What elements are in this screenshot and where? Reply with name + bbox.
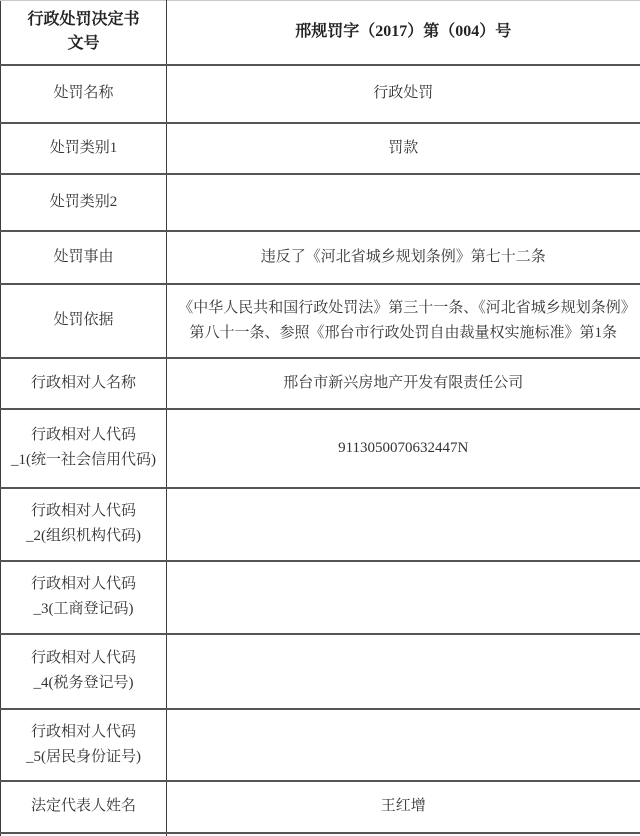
penalty-reason-label: 处罚事由 <box>1 231 167 284</box>
table-row-doc-number: 行政处罚决定书 文号 邢规罚字（2017）第（004）号 <box>1 1 640 65</box>
party-code-2-org-value <box>167 488 640 561</box>
table-row-party-code-3-business: 行政相对人代码 _3(工商登记码) <box>1 561 640 634</box>
table-row-party-name: 行政相对人名称 邢台市新兴房地产开发有限责任公司 <box>1 358 640 409</box>
party-code-3-business-label: 行政相对人代码 _3(工商登记码) <box>1 561 167 634</box>
table-row-party-code-4-tax: 行政相对人代码 _4(税务登记号) <box>1 634 640 709</box>
party-code-4-tax-value <box>167 634 640 709</box>
partial-row-value-cell <box>167 833 640 836</box>
penalty-basis-value: 《中华人民共和国行政处罚法》第三十一条、《河北省城乡规划条例》第八十一条、参照《… <box>167 284 640 358</box>
party-name-value: 邢台市新兴房地产开发有限责任公司 <box>167 358 640 409</box>
table-row-penalty-basis: 处罚依据 《中华人民共和国行政处罚法》第三十一条、《河北省城乡规划条例》第八十一… <box>1 284 640 358</box>
penalty-basis-label: 处罚依据 <box>1 284 167 358</box>
party-code-4-tax-label: 行政相对人代码 _4(税务登记号) <box>1 634 167 709</box>
penalty-type-2-value <box>167 174 640 231</box>
party-code-2-org-label: 行政相对人代码 _2(组织机构代码) <box>1 488 167 561</box>
doc-number-label: 行政处罚决定书 文号 <box>1 1 167 65</box>
party-name-label: 行政相对人名称 <box>1 358 167 409</box>
party-code-5-id-label: 行政相对人代码 _5(居民身份证号) <box>1 709 167 781</box>
table-row-partial-cutoff <box>1 833 640 836</box>
penalty-reason-value: 违反了《河北省城乡规划条例》第七十二条 <box>167 231 640 284</box>
party-code-1-uscc-label: 行政相对人代码 _1(统一社会信用代码) <box>1 409 167 488</box>
table-row-penalty-name: 处罚名称 行政处罚 <box>1 65 640 123</box>
legal-representative-value: 王红增 <box>167 781 640 833</box>
table-row-legal-representative: 法定代表人姓名 王红增 <box>1 781 640 833</box>
table-row-penalty-type-2: 处罚类别2 <box>1 174 640 231</box>
table-row-party-code-2-org: 行政相对人代码 _2(组织机构代码) <box>1 488 640 561</box>
penalty-name-label: 处罚名称 <box>1 65 167 123</box>
table-row-penalty-reason: 处罚事由 违反了《河北省城乡规划条例》第七十二条 <box>1 231 640 284</box>
penalty-name-value: 行政处罚 <box>167 65 640 123</box>
penalty-type-1-value: 罚款 <box>167 123 640 174</box>
table-row-penalty-type-1: 处罚类别1 罚款 <box>1 123 640 174</box>
legal-representative-label: 法定代表人姓名 <box>1 781 167 833</box>
penalty-info-table: 行政处罚决定书 文号 邢规罚字（2017）第（004）号 处罚名称 行政处罚 处… <box>0 0 640 836</box>
partial-row-label-cell <box>1 833 167 836</box>
party-code-5-id-value <box>167 709 640 781</box>
penalty-type-2-label: 处罚类别2 <box>1 174 167 231</box>
table-row-party-code-5-id: 行政相对人代码 _5(居民身份证号) <box>1 709 640 781</box>
table-row-party-code-1-uscc: 行政相对人代码 _1(统一社会信用代码) 9113050070632447N <box>1 409 640 488</box>
party-code-3-business-value <box>167 561 640 634</box>
penalty-type-1-label: 处罚类别1 <box>1 123 167 174</box>
party-code-1-uscc-value: 9113050070632447N <box>167 409 640 488</box>
doc-number-value: 邢规罚字（2017）第（004）号 <box>167 1 640 65</box>
